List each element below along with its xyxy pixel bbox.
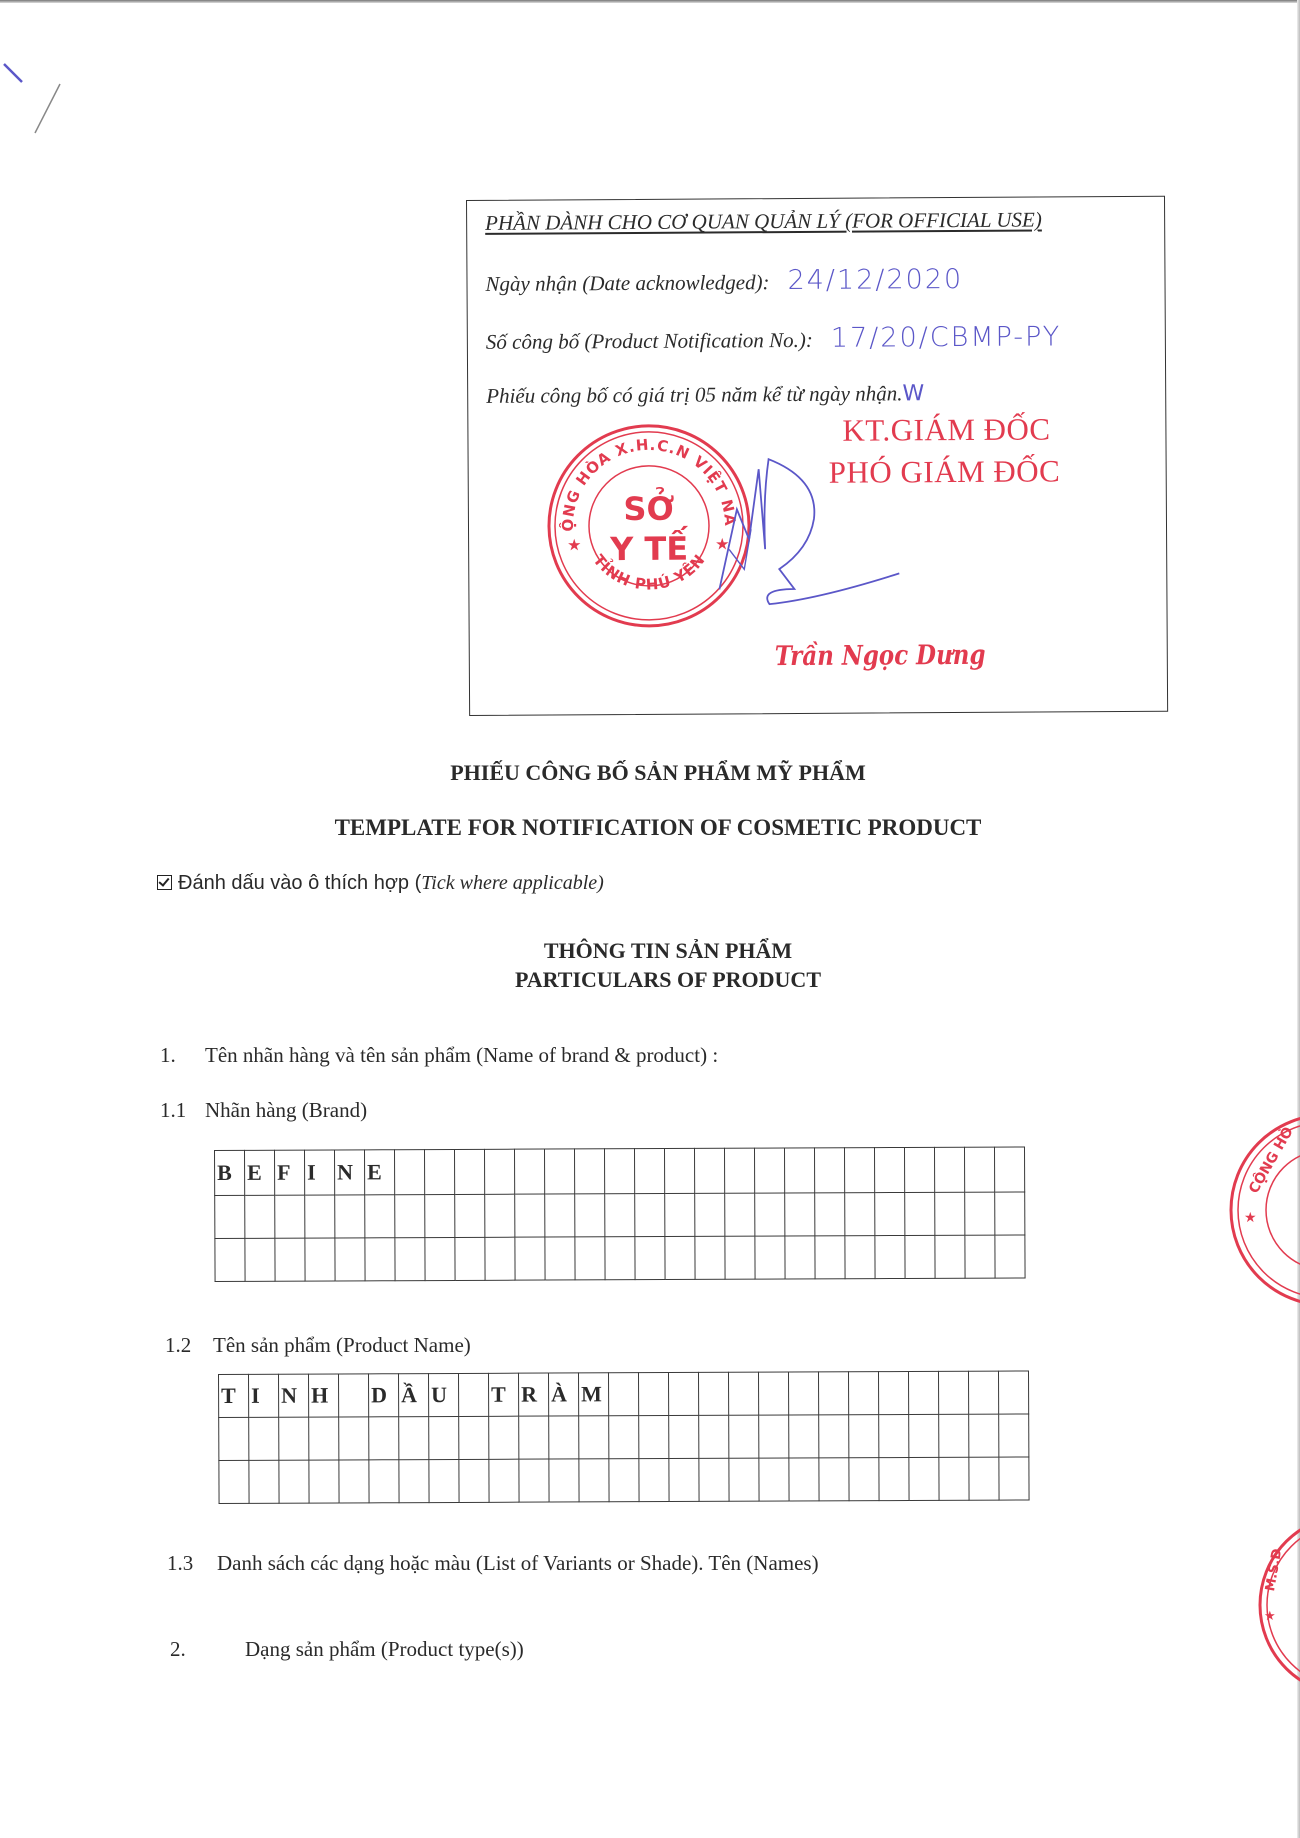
- section-title-vi: THÔNG TIN SẢN PHẨM: [18, 938, 1300, 964]
- letter-cell: [789, 1458, 819, 1501]
- letter-cell: [669, 1458, 699, 1501]
- official-use-box: PHẦN DÀNH CHO CƠ QUAN QUẢN LÝ (FOR OFFIC…: [466, 196, 1168, 716]
- letter-cell: [605, 1194, 635, 1237]
- letter-cell: [995, 1192, 1025, 1235]
- letter-cell: [245, 1238, 275, 1281]
- letter-cell: [279, 1417, 309, 1460]
- letter-cell: [455, 1194, 485, 1237]
- item-number: 1.: [160, 1043, 205, 1068]
- item-number: 1.3: [167, 1551, 217, 1576]
- validity-text: Phiếu công bố có giá trị 05 năm kể từ ng…: [486, 381, 902, 408]
- letter-cell: [814, 1148, 844, 1193]
- letter-cell: [635, 1194, 665, 1237]
- letter-cell: [249, 1460, 279, 1503]
- cell-letter: [455, 1159, 457, 1184]
- cell-letter: [819, 1380, 821, 1405]
- grid-row: [215, 1192, 1025, 1239]
- cell-letter: [755, 1158, 757, 1183]
- letter-cell: [245, 1195, 275, 1238]
- letter-cell: [309, 1460, 339, 1503]
- section-title-en: PARTICULARS OF PRODUCT: [18, 967, 1300, 993]
- letter-cell: [729, 1415, 759, 1458]
- letter-cell: [725, 1193, 755, 1236]
- letter-cell: [425, 1149, 455, 1194]
- letter-cell: [785, 1193, 815, 1236]
- grid-row: TINHDẦUTRÀM: [219, 1371, 1029, 1418]
- letter-cell: [275, 1195, 305, 1238]
- letter-cell: [724, 1148, 754, 1193]
- letter-cell: [489, 1459, 519, 1502]
- letter-cell: [934, 1147, 964, 1192]
- letter-cell: [965, 1192, 995, 1235]
- cell-letter: [609, 1381, 611, 1406]
- letter-cell: [968, 1371, 998, 1414]
- letter-cell: [665, 1236, 695, 1279]
- letter-cell: [365, 1238, 395, 1281]
- letter-cell: T: [488, 1373, 518, 1416]
- cell-letter: B: [215, 1160, 232, 1185]
- stamp-center-line-2: Y TẾ: [609, 526, 688, 568]
- letter-cell: [969, 1414, 999, 1457]
- stray-pen-mark: [0, 0, 80, 160]
- cell-letter: E: [365, 1159, 382, 1184]
- letter-cell: R: [518, 1373, 548, 1416]
- stamp-star-icon: ★: [1264, 1608, 1276, 1623]
- letter-cell: [545, 1194, 575, 1237]
- letter-cell: [995, 1235, 1025, 1278]
- letter-cell: [575, 1237, 605, 1280]
- item-text: Nhãn hàng (Brand): [205, 1098, 367, 1122]
- edge-stamp-text: M.S.D: [1263, 1547, 1285, 1592]
- letter-cell: [819, 1415, 849, 1458]
- scan-top-edge: [0, 0, 1300, 3]
- letter-cell: [604, 1149, 634, 1194]
- letter-cell: [695, 1236, 725, 1279]
- letter-cell: [994, 1147, 1024, 1192]
- cell-letter: [605, 1158, 607, 1183]
- grid-row: [219, 1414, 1029, 1461]
- letter-cell: [754, 1148, 784, 1193]
- letter-cell: [879, 1414, 909, 1457]
- letter-cell: [339, 1374, 369, 1417]
- letter-cell: [549, 1459, 579, 1502]
- letter-cell: [335, 1195, 365, 1238]
- letter-cell: [335, 1238, 365, 1281]
- letter-cell: [785, 1236, 815, 1279]
- letter-cell: [399, 1417, 429, 1460]
- letter-cell: [454, 1149, 484, 1194]
- document-title-vi: PHIẾU CÔNG BỐ SẢN PHẨM MỸ PHẨM: [8, 760, 1300, 786]
- letter-cell: [279, 1460, 309, 1503]
- edge-stamp-partial-1: ★ CỘNG HÒ: [1226, 1110, 1300, 1310]
- cell-letter: [815, 1157, 817, 1182]
- cell-letter: R: [519, 1382, 537, 1407]
- letter-cell: [635, 1237, 665, 1280]
- tick-instruction-en: Tick where applicable): [421, 872, 604, 894]
- letter-cell: [938, 1371, 968, 1414]
- letter-cell: N: [279, 1374, 309, 1417]
- letter-cell: [815, 1236, 845, 1279]
- cell-letter: [875, 1157, 877, 1182]
- cell-letter: À: [549, 1381, 567, 1406]
- letter-cell: [665, 1193, 695, 1236]
- cell-letter: [759, 1381, 761, 1406]
- cell-letter: [849, 1380, 851, 1405]
- cell-letter: [575, 1158, 577, 1183]
- cell-letter: [965, 1157, 967, 1182]
- letter-cell: [725, 1236, 755, 1279]
- letter-cell: [909, 1414, 939, 1457]
- letter-cell: [784, 1148, 814, 1193]
- cell-letter: [395, 1159, 397, 1184]
- item-1: 1.Tên nhãn hàng và tên sản phẩm (Name of…: [160, 1043, 718, 1068]
- letter-cell: [399, 1460, 429, 1503]
- letter-cell: [369, 1460, 399, 1503]
- cell-letter: F: [275, 1160, 291, 1185]
- grid-row: BEFINE: [215, 1147, 1025, 1196]
- letter-cell: H: [309, 1374, 339, 1417]
- item-number: 2.: [170, 1637, 245, 1662]
- letter-cell: E: [365, 1150, 395, 1195]
- cell-letter: N: [335, 1159, 353, 1184]
- letter-cell: [425, 1237, 455, 1280]
- item-text: Tên nhãn hàng và tên sản phẩm (Name of b…: [205, 1043, 718, 1067]
- tick-instruction: Đánh dấu vào ô thích hợp (Tick where app…: [157, 872, 604, 895]
- letter-cell: [305, 1195, 335, 1238]
- letter-cell: [939, 1457, 969, 1500]
- letter-cell: [998, 1371, 1028, 1414]
- letter-cell: [935, 1192, 965, 1235]
- signature-scribble: [698, 438, 919, 619]
- letter-cell: [485, 1237, 515, 1280]
- grid-row: [219, 1457, 1029, 1504]
- letter-cell: [698, 1372, 728, 1415]
- letter-cell: [965, 1235, 995, 1278]
- letter-cell: [969, 1457, 999, 1500]
- grid-row: [215, 1235, 1025, 1282]
- letter-cell: [819, 1458, 849, 1501]
- letter-cell: [758, 1372, 788, 1415]
- letter-cell: [458, 1373, 488, 1416]
- letter-cell: [939, 1414, 969, 1457]
- letter-cell: [879, 1457, 909, 1500]
- letter-cell: [515, 1194, 545, 1237]
- letter-cell: [484, 1149, 514, 1194]
- letter-cell: [999, 1414, 1029, 1457]
- cell-letter: [879, 1380, 881, 1405]
- item-number: 1.1: [160, 1098, 205, 1123]
- letter-cell: [605, 1237, 635, 1280]
- letter-cell: [489, 1416, 519, 1459]
- cell-letter: Ầ: [399, 1382, 417, 1407]
- letter-cell: [459, 1416, 489, 1459]
- letter-cell: [845, 1236, 875, 1279]
- document-title-en: TEMPLATE FOR NOTIFICATION OF COSMETIC PR…: [8, 815, 1300, 841]
- letter-cell: [909, 1457, 939, 1500]
- cell-letter: [995, 1157, 997, 1182]
- cell-letter: [459, 1382, 461, 1407]
- letter-cell: [425, 1194, 455, 1237]
- notification-number-value: 17/20/CBMP-PY: [831, 321, 1062, 353]
- cell-letter: [969, 1380, 971, 1405]
- cell-letter: T: [219, 1383, 236, 1408]
- letter-cell: N: [335, 1150, 365, 1195]
- cell-letter: I: [249, 1383, 260, 1408]
- letter-cell: [579, 1416, 609, 1459]
- letter-cell: [249, 1417, 279, 1460]
- date-acknowledged-row: Ngày nhận (Date acknowledged):24/12/2020: [485, 264, 963, 298]
- letter-cell: [429, 1459, 459, 1502]
- letter-cell: [514, 1149, 544, 1194]
- cell-letter: [665, 1158, 667, 1183]
- cell-letter: [999, 1380, 1001, 1405]
- letter-cell: [874, 1147, 904, 1192]
- cell-letter: I: [305, 1160, 316, 1185]
- letter-cell: [609, 1416, 639, 1459]
- date-acknowledged-label: Ngày nhận (Date acknowledged):: [485, 270, 769, 296]
- letter-cell: [699, 1458, 729, 1501]
- cell-letter: [785, 1157, 787, 1182]
- letter-cell: [395, 1150, 425, 1195]
- letter-cell: [905, 1235, 935, 1278]
- letter-cell: [574, 1149, 604, 1194]
- letter-cell: [759, 1458, 789, 1501]
- cell-letter: [905, 1157, 907, 1182]
- notification-number-row: Số công bố (Product Notification No.):17…: [486, 321, 1062, 356]
- letter-cell: [964, 1147, 994, 1192]
- letter-cell: [728, 1372, 758, 1415]
- item-1-2: 1.2Tên sản phẩm (Product Name): [165, 1333, 471, 1358]
- checked-box-icon: [157, 875, 172, 890]
- letter-cell: [339, 1460, 369, 1503]
- item-number: 1.2: [165, 1333, 213, 1358]
- letter-cell: [549, 1416, 579, 1459]
- letter-cell: M: [578, 1373, 608, 1416]
- letter-cell: E: [245, 1150, 275, 1195]
- letter-cell: [908, 1371, 938, 1414]
- letter-cell: [575, 1194, 605, 1237]
- cell-letter: [515, 1159, 517, 1184]
- letter-cell: [608, 1373, 638, 1416]
- cell-letter: [339, 1382, 341, 1407]
- cell-letter: M: [579, 1381, 602, 1406]
- date-acknowledged-value: 24/12/2020: [787, 264, 963, 296]
- letter-cell: [699, 1415, 729, 1458]
- letter-cell: [849, 1458, 879, 1501]
- official-use-heading: PHẦN DÀNH CHO CƠ QUAN QUẢN LÝ (FOR OFFIC…: [485, 207, 1042, 235]
- letter-cell: [579, 1459, 609, 1502]
- cell-letter: [939, 1380, 941, 1405]
- initial-mark: W: [902, 381, 924, 406]
- letter-cell: [789, 1415, 819, 1458]
- cell-letter: H: [309, 1383, 328, 1408]
- cell-letter: [669, 1381, 671, 1406]
- letter-cell: [395, 1238, 425, 1281]
- letter-cell: [459, 1459, 489, 1502]
- letter-cell: [519, 1416, 549, 1459]
- cell-letter: U: [429, 1382, 447, 1407]
- cell-letter: D: [369, 1382, 387, 1407]
- cell-letter: [845, 1157, 847, 1182]
- letter-cell: [455, 1237, 485, 1280]
- letter-cell: Ầ: [399, 1374, 429, 1417]
- letter-cell: [788, 1372, 818, 1415]
- cell-letter: E: [245, 1160, 262, 1185]
- letter-cell: [639, 1416, 669, 1459]
- item-1-3: 1.3Danh sách các dạng hoặc màu (List of …: [167, 1551, 819, 1576]
- letter-cell: [755, 1193, 785, 1236]
- letter-cell: I: [305, 1150, 335, 1195]
- letter-cell: [515, 1237, 545, 1280]
- letter-cell: [339, 1417, 369, 1460]
- item-text: Dạng sản phẩm (Product type(s)): [245, 1637, 524, 1661]
- cell-letter: [909, 1380, 911, 1405]
- letter-cell: [309, 1417, 339, 1460]
- letter-cell: [935, 1235, 965, 1278]
- brand-letter-grid: BEFINE: [214, 1146, 1026, 1282]
- stamp-star-icon: ★: [1244, 1211, 1257, 1226]
- letter-cell: [485, 1194, 515, 1237]
- letter-cell: [609, 1459, 639, 1502]
- letter-cell: [668, 1372, 698, 1415]
- letter-cell: [429, 1416, 459, 1459]
- letter-cell: [875, 1235, 905, 1278]
- letter-cell: [519, 1459, 549, 1502]
- letter-cell: À: [548, 1373, 578, 1416]
- notification-number-label: Số công bố (Product Notification No.):: [486, 328, 813, 354]
- cell-letter: [425, 1159, 427, 1184]
- letter-cell: [215, 1195, 245, 1238]
- stamp-star-icon: ★: [567, 537, 581, 554]
- signer-name: Trần Ngọc Dưng: [775, 640, 986, 672]
- letter-cell: [365, 1195, 395, 1238]
- letter-cell: [848, 1372, 878, 1415]
- letter-cell: [219, 1417, 249, 1460]
- letter-cell: [845, 1193, 875, 1236]
- edge-stamp-partial-2: ★ M.S.D: [1250, 1510, 1300, 1700]
- cell-letter: [699, 1381, 701, 1406]
- letter-cell: [904, 1147, 934, 1192]
- cell-letter: [635, 1158, 637, 1183]
- letter-cell: [639, 1459, 669, 1502]
- stamp-center-line-1: SỞ: [623, 486, 674, 528]
- letter-cell: [999, 1457, 1029, 1500]
- letter-cell: [275, 1238, 305, 1281]
- letter-cell: D: [369, 1374, 399, 1417]
- letter-cell: [395, 1195, 425, 1238]
- tick-instruction-vi: Đánh dấu vào ô thích hợp (: [178, 872, 421, 894]
- cell-letter: [545, 1159, 547, 1184]
- letter-cell: [664, 1148, 694, 1193]
- letter-cell: I: [249, 1374, 279, 1417]
- item-text: Danh sách các dạng hoặc màu (List of Var…: [217, 1551, 819, 1575]
- letter-cell: [695, 1193, 725, 1236]
- letter-cell: [905, 1192, 935, 1235]
- letter-cell: F: [275, 1150, 305, 1195]
- letter-cell: [815, 1193, 845, 1236]
- cell-letter: [725, 1158, 727, 1183]
- cell-letter: N: [279, 1383, 297, 1408]
- letter-cell: [215, 1238, 245, 1281]
- letter-cell: [305, 1238, 335, 1281]
- letter-cell: [729, 1458, 759, 1501]
- letter-cell: [545, 1237, 575, 1280]
- item-1-1: 1.1Nhãn hàng (Brand): [160, 1098, 367, 1123]
- letter-cell: [219, 1460, 249, 1503]
- cell-letter: [935, 1157, 937, 1182]
- letter-cell: [875, 1192, 905, 1235]
- item-2: 2.Dạng sản phẩm (Product type(s)): [170, 1637, 524, 1662]
- letter-cell: [878, 1371, 908, 1414]
- letter-cell: U: [429, 1373, 459, 1416]
- letter-cell: [638, 1373, 668, 1416]
- cell-letter: [729, 1381, 731, 1406]
- letter-cell: T: [219, 1374, 249, 1417]
- letter-cell: B: [215, 1150, 245, 1195]
- letter-cell: [694, 1148, 724, 1193]
- letter-cell: [755, 1236, 785, 1279]
- product-name-letter-grid: TINHDẦUTRÀM: [218, 1370, 1030, 1504]
- validity-row: Phiếu công bố có giá trị 05 năm kể từ ng…: [486, 381, 924, 409]
- letter-cell: [634, 1149, 664, 1194]
- item-text: Tên sản phẩm (Product Name): [213, 1333, 471, 1357]
- cell-letter: [485, 1159, 487, 1184]
- letter-cell: [669, 1415, 699, 1458]
- letter-cell: [369, 1417, 399, 1460]
- letter-cell: [818, 1372, 848, 1415]
- cell-letter: [789, 1380, 791, 1405]
- letter-cell: [849, 1415, 879, 1458]
- letter-cell: [759, 1415, 789, 1458]
- letter-cell: [544, 1149, 574, 1194]
- cell-letter: [695, 1158, 697, 1183]
- cell-letter: T: [489, 1382, 506, 1407]
- cell-letter: [639, 1381, 641, 1406]
- letter-cell: [844, 1148, 874, 1193]
